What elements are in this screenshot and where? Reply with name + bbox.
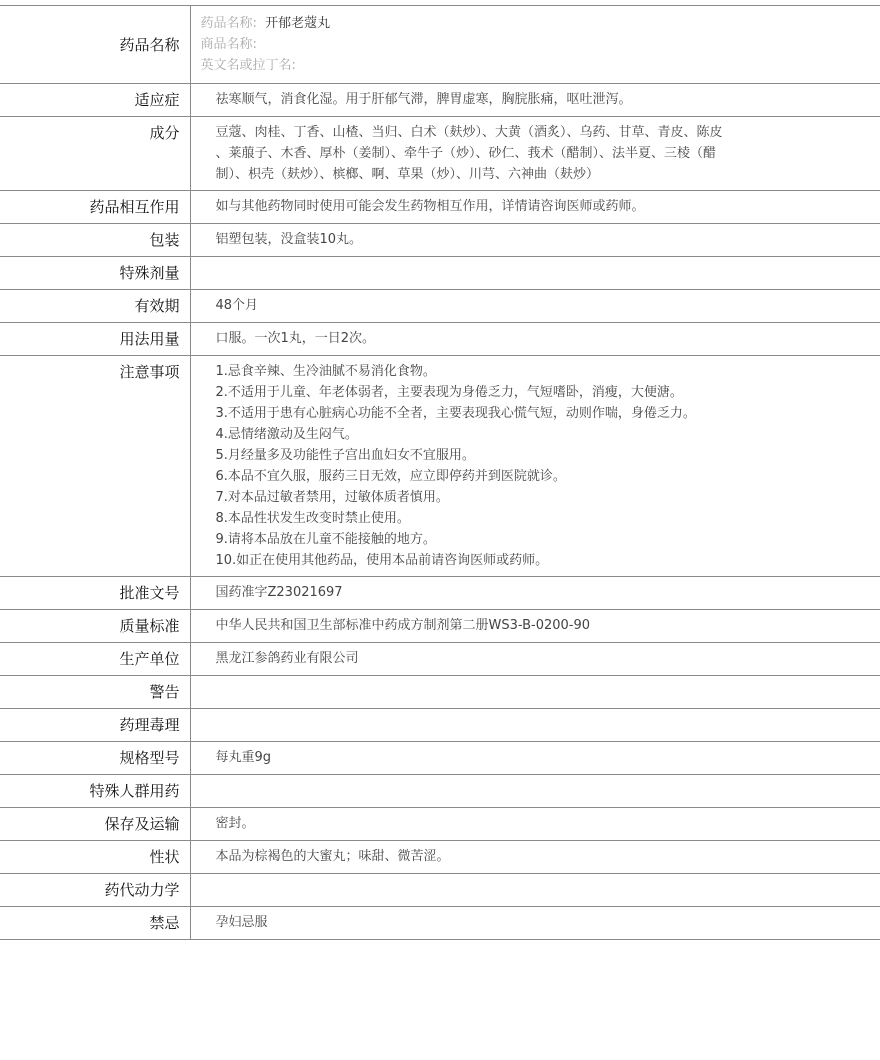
label-packaging: 包装 bbox=[0, 224, 190, 257]
label-text: 特殊人群用药 bbox=[89, 775, 179, 801]
precaution-item: 5.月经量多及功能性子宫出血妇女不宜服用。 bbox=[216, 445, 791, 466]
label-manufacturer: 生产单位 bbox=[0, 643, 190, 676]
value-ingredients: 豆蔻、肉桂、丁香、山楂、当归、白术（麸炒）、大黄（酒炙）、乌药、甘草、青皮、陈皮… bbox=[190, 117, 880, 191]
value-text: 口服。一次1丸，一日2次。 bbox=[216, 323, 791, 349]
row-ingredients: 成分 豆蔻、肉桂、丁香、山楂、当归、白术（麸炒）、大黄（酒炙）、乌药、甘草、青皮… bbox=[0, 117, 880, 191]
row-special-dosage: 特殊剂量 bbox=[0, 257, 880, 290]
value-special-dosage bbox=[190, 257, 880, 290]
value-contraindications: 孕妇忌服 bbox=[190, 907, 880, 940]
row-usage: 用法用量 口服。一次1丸，一日2次。 bbox=[0, 323, 880, 356]
label-precautions: 注意事项 bbox=[0, 356, 190, 577]
ingredients-line: 制）、枳壳（麸炒）、槟榔、啊、草果（炒）、川芎、六神曲（麸炒） bbox=[216, 164, 791, 185]
row-manufacturer: 生产单位 黑龙江参鸽药业有限公司 bbox=[0, 643, 880, 676]
label-text: 质量标准 bbox=[119, 610, 179, 636]
value-precautions: 1.忌食辛辣、生冷油腻不易消化食物。 2.不适用于儿童、年老体弱者，主要表现为身… bbox=[190, 356, 880, 577]
precaution-item: 8.本品性状发生改变时禁止使用。 bbox=[216, 508, 791, 529]
label-pharmacokinetics: 药代动力学 bbox=[0, 874, 190, 907]
value-text: 如与其他药物同时使用可能会发生药物相互作用，详情请咨询医师或药师。 bbox=[216, 191, 791, 217]
label-storage: 保存及运输 bbox=[0, 808, 190, 841]
value-description: 本品为棕褐色的大蜜丸；味甜、微苦涩。 bbox=[190, 841, 880, 874]
trade-name-label: 商品名称: bbox=[201, 37, 257, 52]
ingredients-line: 、莱菔子、木香、厚朴（姜制）、牵牛子（炒）、砂仁、莪术（醋制）、法半夏、三棱（醋 bbox=[216, 143, 791, 164]
generic-name-value: 开郁老蔻丸 bbox=[265, 16, 330, 31]
precaution-item: 4.忌情绪激动及生闷气。 bbox=[216, 424, 791, 445]
row-interactions: 药品相互作用 如与其他药物同时使用可能会发生药物相互作用，详情请咨询医师或药师。 bbox=[0, 191, 880, 224]
row-drug-name: 药品名称 药品名称: 开郁老蔻丸 商品名称: 英文名或拉丁名: bbox=[0, 6, 880, 84]
drug-spec-table: 药品名称 药品名称: 开郁老蔻丸 商品名称: 英文名或拉丁名: 适应症 祛寒顺气… bbox=[0, 5, 880, 940]
ingredients-line: 豆蔻、肉桂、丁香、山楂、当归、白术（麸炒）、大黄（酒炙）、乌药、甘草、青皮、陈皮 bbox=[216, 122, 791, 143]
label-ingredients: 成分 bbox=[0, 117, 190, 191]
row-special-populations: 特殊人群用药 bbox=[0, 775, 880, 808]
label-text: 警告 bbox=[149, 676, 179, 702]
value-text: 密封。 bbox=[216, 808, 791, 834]
row-pharmacokinetics: 药代动力学 bbox=[0, 874, 880, 907]
label-text: 注意事项 bbox=[119, 356, 179, 382]
value-quality-standard: 中华人民共和国卫生部标准中药成方制剂第二册WS3-B-0200-90 bbox=[190, 610, 880, 643]
value-text bbox=[216, 709, 791, 715]
row-quality-standard: 质量标准 中华人民共和国卫生部标准中药成方制剂第二册WS3-B-0200-90 bbox=[0, 610, 880, 643]
label-description: 性状 bbox=[0, 841, 190, 874]
label-text: 有效期 bbox=[134, 290, 179, 316]
value-storage: 密封。 bbox=[190, 808, 880, 841]
label-interactions: 药品相互作用 bbox=[0, 191, 190, 224]
precaution-item: 10.如正在使用其他药品，使用本品前请咨询医师或药师。 bbox=[216, 550, 791, 571]
row-description: 性状 本品为棕褐色的大蜜丸；味甜、微苦涩。 bbox=[0, 841, 880, 874]
value-text: 本品为棕褐色的大蜜丸；味甜、微苦涩。 bbox=[216, 841, 791, 867]
value-indications: 祛寒顺气，消食化湿。用于肝郁气滞，脾胃虚寒，胸脘胀痛，呕吐泄泻。 bbox=[190, 84, 880, 117]
row-storage: 保存及运输 密封。 bbox=[0, 808, 880, 841]
label-text: 药品相互作用 bbox=[89, 191, 179, 217]
value-warning bbox=[190, 676, 880, 709]
label-text: 包装 bbox=[149, 224, 179, 250]
precaution-item: 9.请将本品放在儿童不能接触的地方。 bbox=[216, 529, 791, 550]
value-text: 黑龙江参鸽药业有限公司 bbox=[216, 643, 791, 669]
label-text: 药品名称 bbox=[119, 35, 179, 55]
label-drug-name: 药品名称 bbox=[0, 6, 190, 84]
label-text: 性状 bbox=[149, 841, 179, 867]
value-text: 铝塑包装，没盒装10丸。 bbox=[216, 224, 791, 250]
value-text bbox=[216, 257, 791, 263]
label-text: 禁忌 bbox=[149, 907, 179, 933]
english-name-line: 英文名或拉丁名: bbox=[201, 55, 791, 76]
label-text: 药理毒理 bbox=[119, 709, 179, 735]
row-approval-number: 批准文号 国药准字Z23021697 bbox=[0, 577, 880, 610]
trade-name-line: 商品名称: bbox=[201, 34, 791, 55]
label-specification: 规格型号 bbox=[0, 742, 190, 775]
label-shelf-life: 有效期 bbox=[0, 290, 190, 323]
generic-name-label: 药品名称: bbox=[201, 16, 257, 31]
value-drug-name: 药品名称: 开郁老蔻丸 商品名称: 英文名或拉丁名: bbox=[190, 6, 880, 84]
value-shelf-life: 48个月 bbox=[190, 290, 880, 323]
label-text: 批准文号 bbox=[119, 577, 179, 603]
value-packaging: 铝塑包装，没盒装10丸。 bbox=[190, 224, 880, 257]
label-approval-number: 批准文号 bbox=[0, 577, 190, 610]
label-text: 用法用量 bbox=[119, 323, 179, 349]
label-warning: 警告 bbox=[0, 676, 190, 709]
value-special-populations bbox=[190, 775, 880, 808]
precaution-item: 2.不适用于儿童、年老体弱者，主要表现为身倦乏力，气短嗜卧，消瘦，大便溏。 bbox=[216, 382, 791, 403]
row-packaging: 包装 铝塑包装，没盒装10丸。 bbox=[0, 224, 880, 257]
label-text: 规格型号 bbox=[119, 742, 179, 768]
label-text: 生产单位 bbox=[119, 643, 179, 669]
value-specification: 每丸重9g bbox=[190, 742, 880, 775]
english-name-label: 英文名或拉丁名: bbox=[201, 58, 296, 73]
label-contraindications: 禁忌 bbox=[0, 907, 190, 940]
label-text: 成分 bbox=[149, 117, 179, 143]
label-text: 适应症 bbox=[134, 84, 179, 110]
value-text: 中华人民共和国卫生部标准中药成方制剂第二册WS3-B-0200-90 bbox=[216, 610, 791, 636]
value-interactions: 如与其他药物同时使用可能会发生药物相互作用，详情请咨询医师或药师。 bbox=[190, 191, 880, 224]
precaution-item: 3.不适用于患有心脏病心功能不全者，主要表现我心慌气短，动则作喘，身倦乏力。 bbox=[216, 403, 791, 424]
label-pharmacology: 药理毒理 bbox=[0, 709, 190, 742]
value-text: 孕妇忌服 bbox=[216, 907, 791, 933]
label-text: 药代动力学 bbox=[104, 874, 179, 900]
value-text: 48个月 bbox=[216, 290, 791, 316]
label-text: 保存及运输 bbox=[104, 808, 179, 834]
precaution-item: 6.本品不宜久服，服药三日无效，应立即停药并到医院就诊。 bbox=[216, 466, 791, 487]
precaution-item: 1.忌食辛辣、生冷油腻不易消化食物。 bbox=[216, 361, 791, 382]
row-specification: 规格型号 每丸重9g bbox=[0, 742, 880, 775]
value-text: 每丸重9g bbox=[216, 742, 791, 768]
value-approval-number: 国药准字Z23021697 bbox=[190, 577, 880, 610]
label-usage: 用法用量 bbox=[0, 323, 190, 356]
row-warning: 警告 bbox=[0, 676, 880, 709]
row-pharmacology: 药理毒理 bbox=[0, 709, 880, 742]
row-contraindications: 禁忌 孕妇忌服 bbox=[0, 907, 880, 940]
value-pharmacology bbox=[190, 709, 880, 742]
value-text bbox=[216, 874, 791, 880]
value-text: 国药准字Z23021697 bbox=[216, 577, 791, 603]
label-quality-standard: 质量标准 bbox=[0, 610, 190, 643]
row-precautions: 注意事项 1.忌食辛辣、生冷油腻不易消化食物。 2.不适用于儿童、年老体弱者，主… bbox=[0, 356, 880, 577]
label-indications: 适应症 bbox=[0, 84, 190, 117]
precaution-item: 7.对本品过敏者禁用，过敏体质者慎用。 bbox=[216, 487, 791, 508]
value-text: 祛寒顺气，消食化湿。用于肝郁气滞，脾胃虚寒，胸脘胀痛，呕吐泄泻。 bbox=[216, 84, 791, 110]
value-usage: 口服。一次1丸，一日2次。 bbox=[190, 323, 880, 356]
value-manufacturer: 黑龙江参鸽药业有限公司 bbox=[190, 643, 880, 676]
label-special-dosage: 特殊剂量 bbox=[0, 257, 190, 290]
value-pharmacokinetics bbox=[190, 874, 880, 907]
value-text bbox=[216, 676, 791, 682]
row-indications: 适应症 祛寒顺气，消食化湿。用于肝郁气滞，脾胃虚寒，胸脘胀痛，呕吐泄泻。 bbox=[0, 84, 880, 117]
row-shelf-life: 有效期 48个月 bbox=[0, 290, 880, 323]
label-text: 特殊剂量 bbox=[119, 257, 179, 283]
label-special-populations: 特殊人群用药 bbox=[0, 775, 190, 808]
generic-name-line: 药品名称: 开郁老蔻丸 bbox=[201, 13, 791, 34]
value-text bbox=[216, 775, 791, 781]
